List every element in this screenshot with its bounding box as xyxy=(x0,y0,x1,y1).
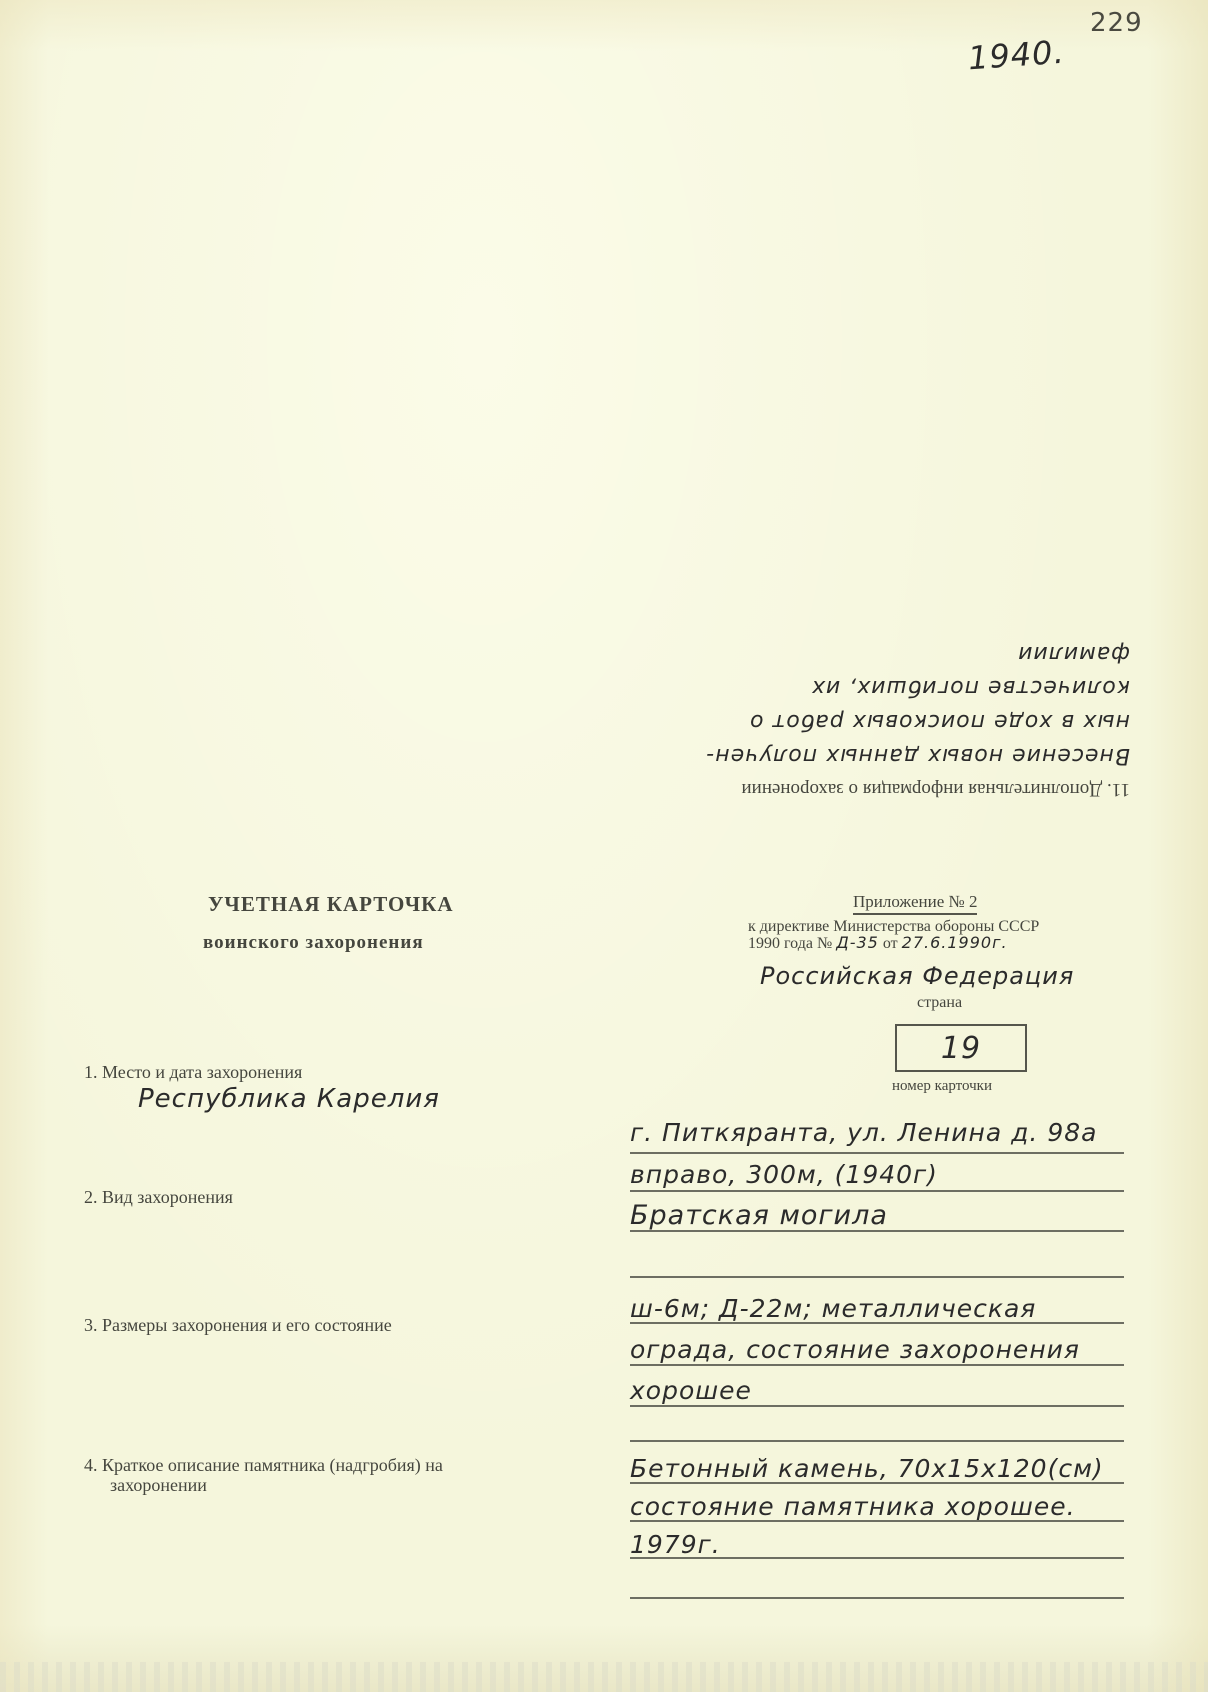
card-number-value: 19 xyxy=(941,1031,981,1066)
scan-edge xyxy=(0,1662,1208,1692)
directive-number: Д-35 xyxy=(836,933,879,952)
section-11-line-3: количестве погибших, их xyxy=(811,675,1130,700)
country-value: Российская Федерация xyxy=(760,962,1074,990)
field-3-label: 3. Размеры захоронения и его состояние xyxy=(84,1315,392,1336)
appendix-label: Приложение № 2 xyxy=(853,892,977,915)
field-4-rule-2 xyxy=(630,1520,1124,1522)
card-number-caption: номер карточки xyxy=(892,1078,992,1095)
field-1-line-1: г. Питкяранта, ул. Ленина д. 98а xyxy=(630,1118,1097,1147)
field-3-line-3: хорошее xyxy=(630,1376,752,1405)
directive-line-2: 1990 года № Д-35 от 27.6.1990г. xyxy=(748,933,1008,953)
field-4-rule-1 xyxy=(630,1482,1124,1484)
field-1-label: 1. Место и дата захоронения xyxy=(84,1062,302,1083)
field-3-line-2: ограда, состояние захоронения xyxy=(630,1335,1080,1364)
field-4-rule-3 xyxy=(630,1557,1124,1559)
page-number: 229 xyxy=(1090,8,1143,38)
field-2-line-1: Братская могила xyxy=(630,1200,888,1231)
directive-from: от xyxy=(883,935,898,952)
field-4-rule-4 xyxy=(630,1597,1124,1599)
field-4-line-2: состояние памятника хорошее. xyxy=(630,1492,1076,1521)
card-subtitle: воинского захоронения xyxy=(203,932,424,954)
field-3-line-1: ш-6м; Д-22м; металлическая xyxy=(630,1294,1036,1323)
field-3-rule-1 xyxy=(630,1322,1124,1324)
directive-date: 27.6.1990г. xyxy=(902,933,1008,952)
section-11-line-4: фамилии xyxy=(1017,641,1130,666)
field-2-label: 2. Вид захоронения xyxy=(84,1187,233,1208)
field-1-rule-2 xyxy=(630,1190,1124,1192)
year-note: 1940. xyxy=(967,33,1066,78)
field-3-rule-3 xyxy=(630,1405,1124,1407)
field-4-line-3: 1979г. xyxy=(630,1530,721,1559)
field-4-label-line-1: 4. Краткое описание памятника (надгробия… xyxy=(84,1455,584,1476)
section-11-line-1: Внесение новых данных получен- xyxy=(705,743,1130,768)
field-2-rule-2 xyxy=(630,1276,1124,1278)
section-11-label: 11. Дополнительная информация о захороне… xyxy=(741,778,1130,800)
directive-year-prefix: 1990 года № xyxy=(748,935,832,952)
field-1-rule-1 xyxy=(630,1152,1124,1154)
field-3-rule-4 xyxy=(630,1440,1124,1442)
card-title: УЧЕТНАЯ КАРТОЧКА xyxy=(208,892,454,917)
field-4-line-1: Бетонный камень, 70х15х120(см) xyxy=(630,1454,1104,1483)
field-3-rule-2 xyxy=(630,1364,1124,1366)
field-1-line-2: вправо, 300м, (1940г) xyxy=(630,1160,938,1189)
section-11-block: 11. Дополнительная информация о захороне… xyxy=(630,620,1130,800)
field-4-label-line-2: захоронении xyxy=(110,1475,207,1496)
country-caption: страна xyxy=(917,994,962,1012)
field-1-value-left: Республика Карелия xyxy=(138,1084,440,1114)
field-2-rule-1 xyxy=(630,1230,1124,1232)
section-11-line-2: ных в ходе поисковых работ о xyxy=(749,709,1130,734)
card-number-box: 19 xyxy=(895,1024,1027,1072)
